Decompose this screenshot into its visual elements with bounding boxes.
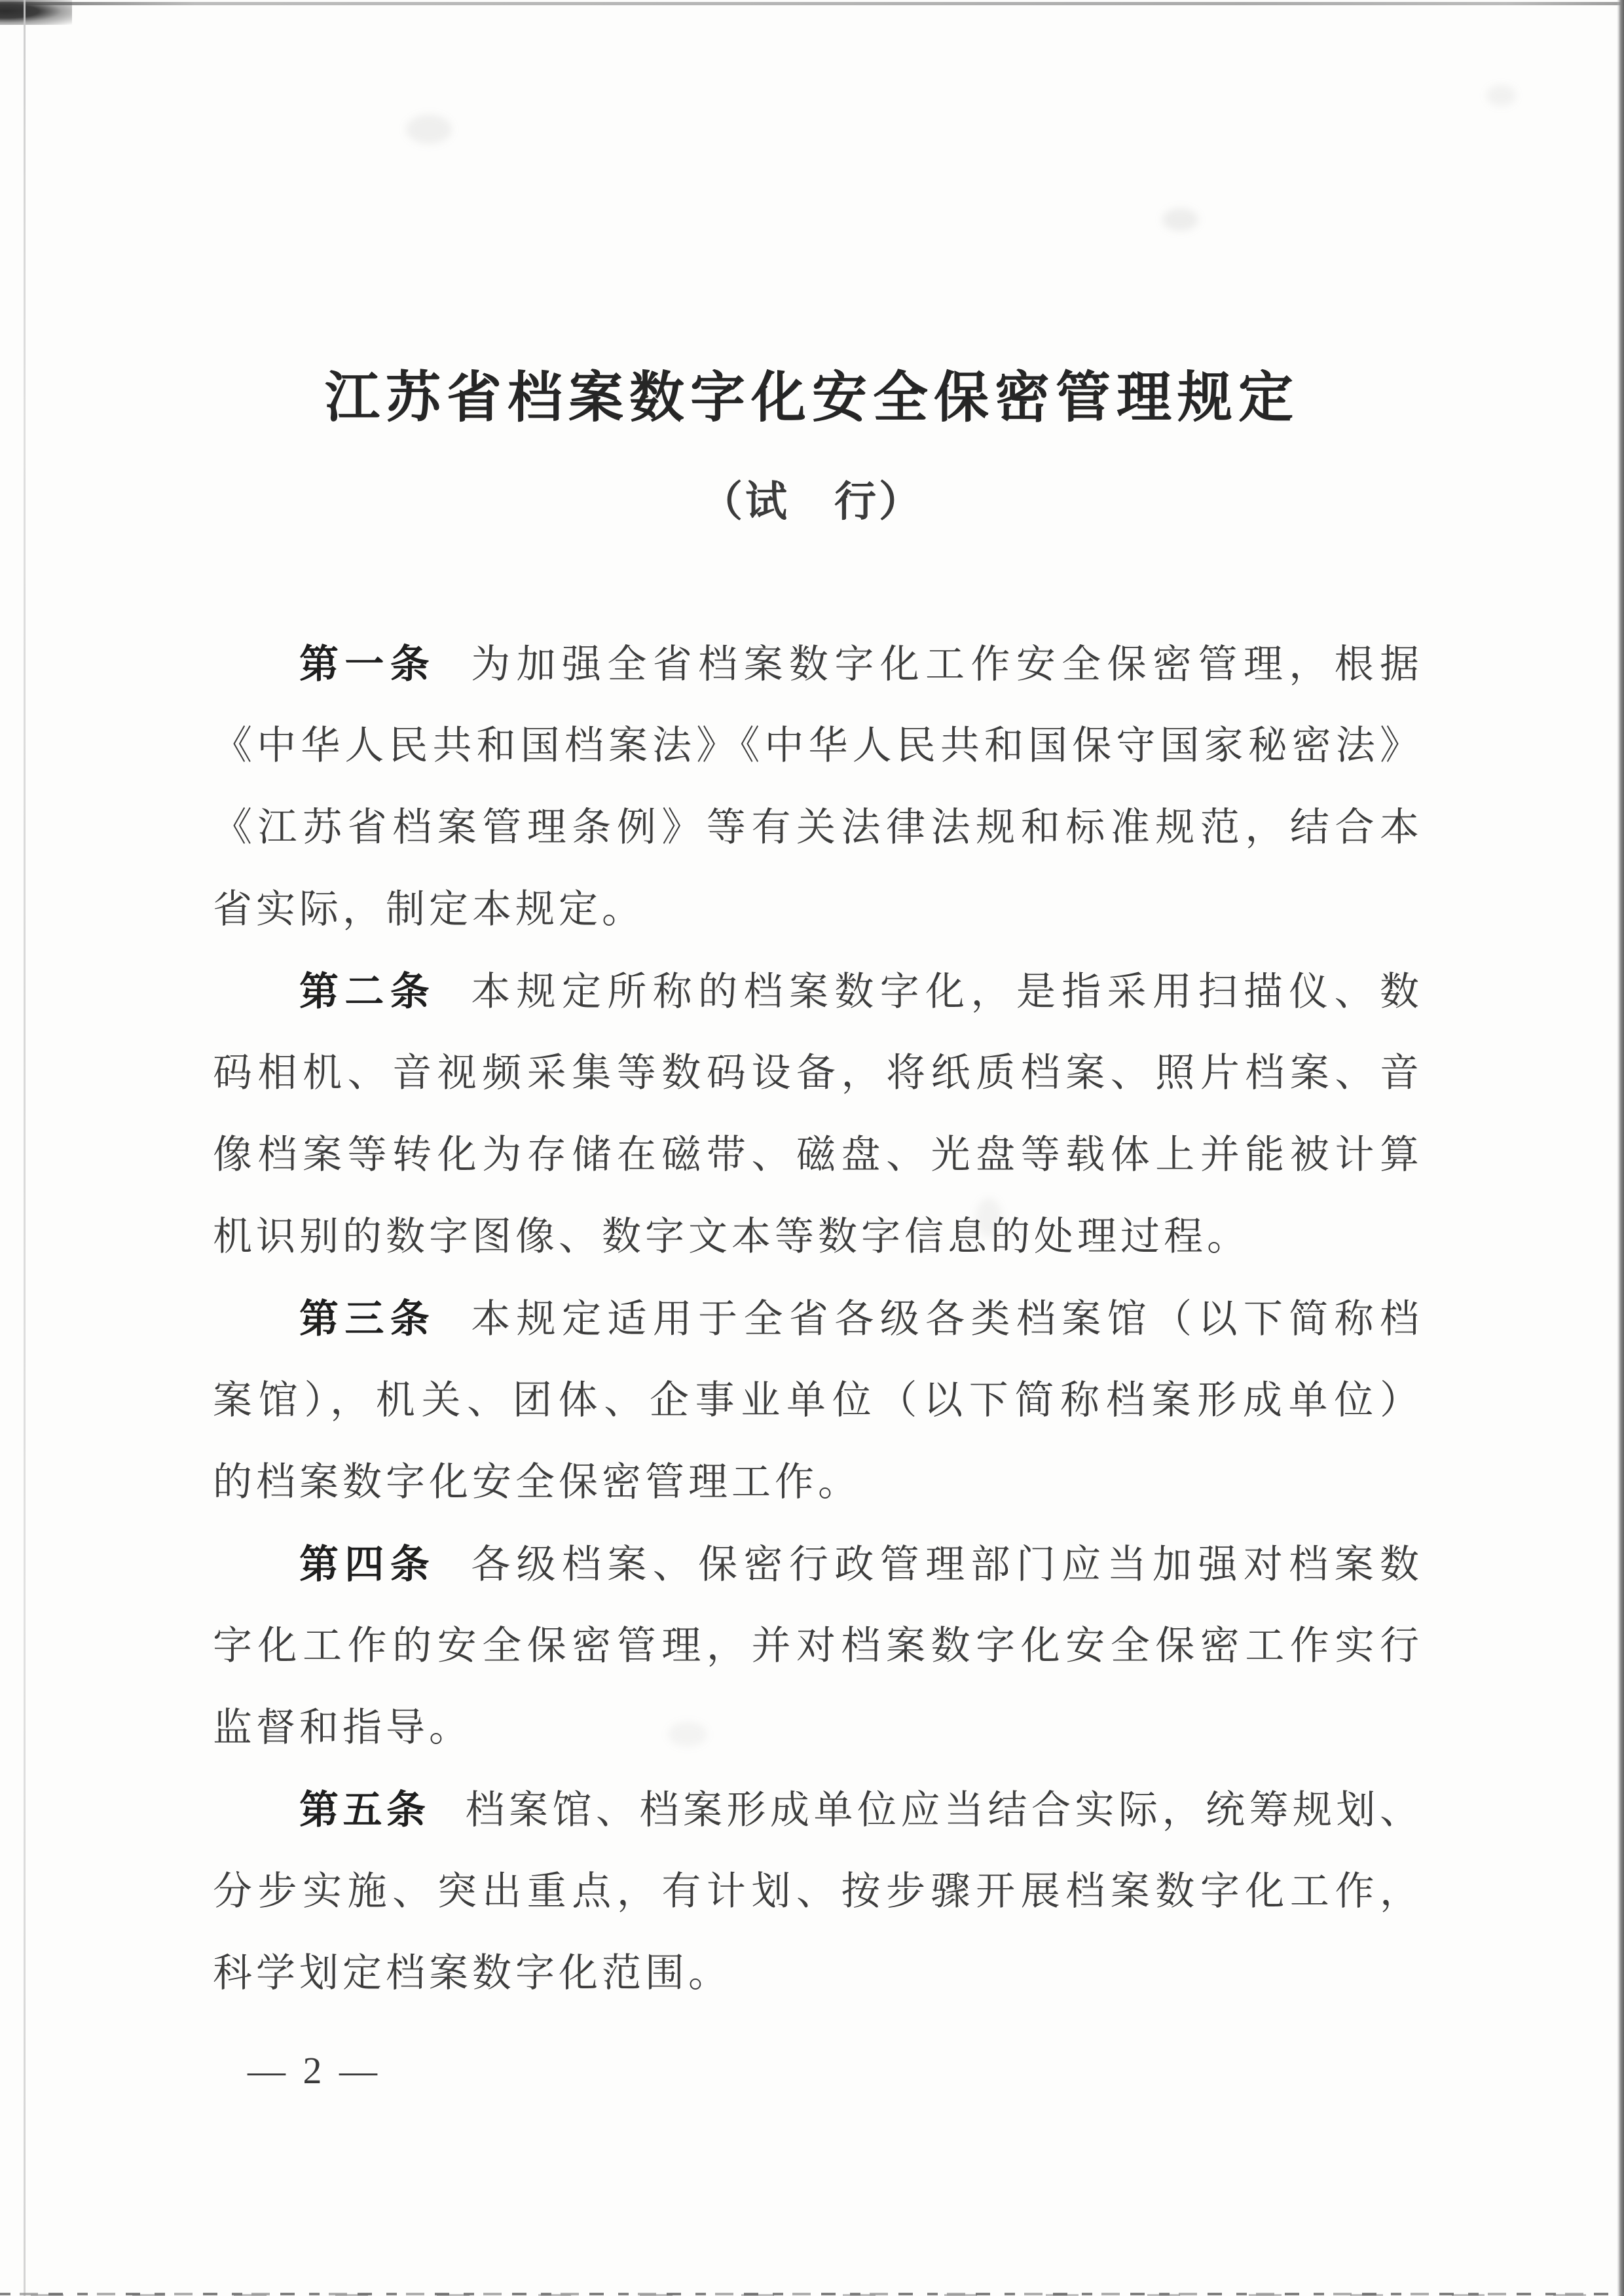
text-line: 案馆），机关、团体、企事业单位（以下简称档案形成单位） <box>213 1360 1423 1442</box>
text-line-content: 本规定所称的档案数字化，是指采用扫描仪、数 <box>471 970 1423 1013</box>
scan-artifact-smudge <box>1162 208 1198 231</box>
text-line: 第三条本规定适用于全省各级各类档案馆（以下简称档 <box>213 1278 1423 1360</box>
article-number: 第五条 <box>299 1788 430 1832</box>
text-line: 机识别的数字图像、数字文本等数字信息的处理过程。 <box>213 1196 1423 1278</box>
document-title: 江苏省档案数字化安全保密管理规定 <box>0 361 1624 433</box>
scan-artifact-corner-blob <box>0 0 72 25</box>
text-line: 的档案数字化安全保密管理工作。 <box>213 1442 1423 1523</box>
text-line: 《江苏省档案管理条例》等有关法律法规和标准规范，结合本 <box>213 787 1423 869</box>
scan-artifact-bottom-noise <box>0 2290 1624 2296</box>
document-subtitle: （试 行） <box>0 473 1624 532</box>
text-line-content: 为加强全省档案数字化工作安全保密管理，根据 <box>471 643 1423 686</box>
text-line: 监督和指导。 <box>213 1687 1423 1769</box>
scanned-document-page: 江苏省档案数字化安全保密管理规定 （试 行） 第一条为加强全省档案数字化工作安全… <box>0 0 1624 2296</box>
text-line: 像档案等转化为存储在磁带、磁盘、光盘等载体上并能被计算 <box>213 1114 1423 1196</box>
text-line: 第五条档案馆、档案形成单位应当结合实际，统筹规划、 <box>213 1769 1423 1851</box>
text-line: 分步实施、突出重点，有计划、按步骤开展档案数字化工作， <box>213 1851 1423 1933</box>
text-line: 省实际，制定本规定。 <box>213 869 1423 951</box>
text-line-content: 本规定适用于全省各级各类档案馆（以下简称档 <box>471 1298 1423 1341</box>
text-line: 第二条本规定所称的档案数字化，是指采用扫描仪、数 <box>213 951 1423 1032</box>
text-line: 《中华人民共和国档案法》《中华人民共和国保守国家秘密法》 <box>213 705 1423 787</box>
scan-artifact-left-fold-line <box>24 0 26 2296</box>
text-line-content: 档案馆、档案形成单位应当结合实际，统筹规划、 <box>466 1789 1424 1832</box>
text-line: 第四条各级档案、保密行政管理部门应当加强对档案数 <box>213 1523 1423 1605</box>
text-line: 第一条为加强全省档案数字化工作安全保密管理，根据 <box>213 623 1423 705</box>
scan-artifact-right-edge-band <box>1617 0 1624 2296</box>
article-number: 第四条 <box>299 1542 435 1586</box>
text-line-content: 各级档案、保密行政管理部门应当加强对档案数 <box>471 1543 1423 1586</box>
scan-artifact-smudge <box>1486 85 1516 106</box>
text-line: 码相机、音视频采集等数码设备，将纸质档案、照片档案、音 <box>213 1032 1423 1114</box>
scan-artifact-smudge <box>406 115 452 144</box>
article-number: 第一条 <box>299 642 435 686</box>
article-number: 第三条 <box>299 1297 435 1341</box>
document-body: 第一条为加强全省档案数字化工作安全保密管理，根据 《中华人民共和国档案法》《中华… <box>213 623 1423 2014</box>
text-line: 字化工作的安全保密管理，并对档案数字化安全保密工作实行 <box>213 1605 1423 1687</box>
text-line: 科学划定档案数字化范围。 <box>213 1933 1423 2014</box>
article-number: 第二条 <box>299 970 435 1013</box>
scan-artifact-top-edge <box>0 2 1624 5</box>
page-number: — 2 — <box>248 2048 381 2094</box>
